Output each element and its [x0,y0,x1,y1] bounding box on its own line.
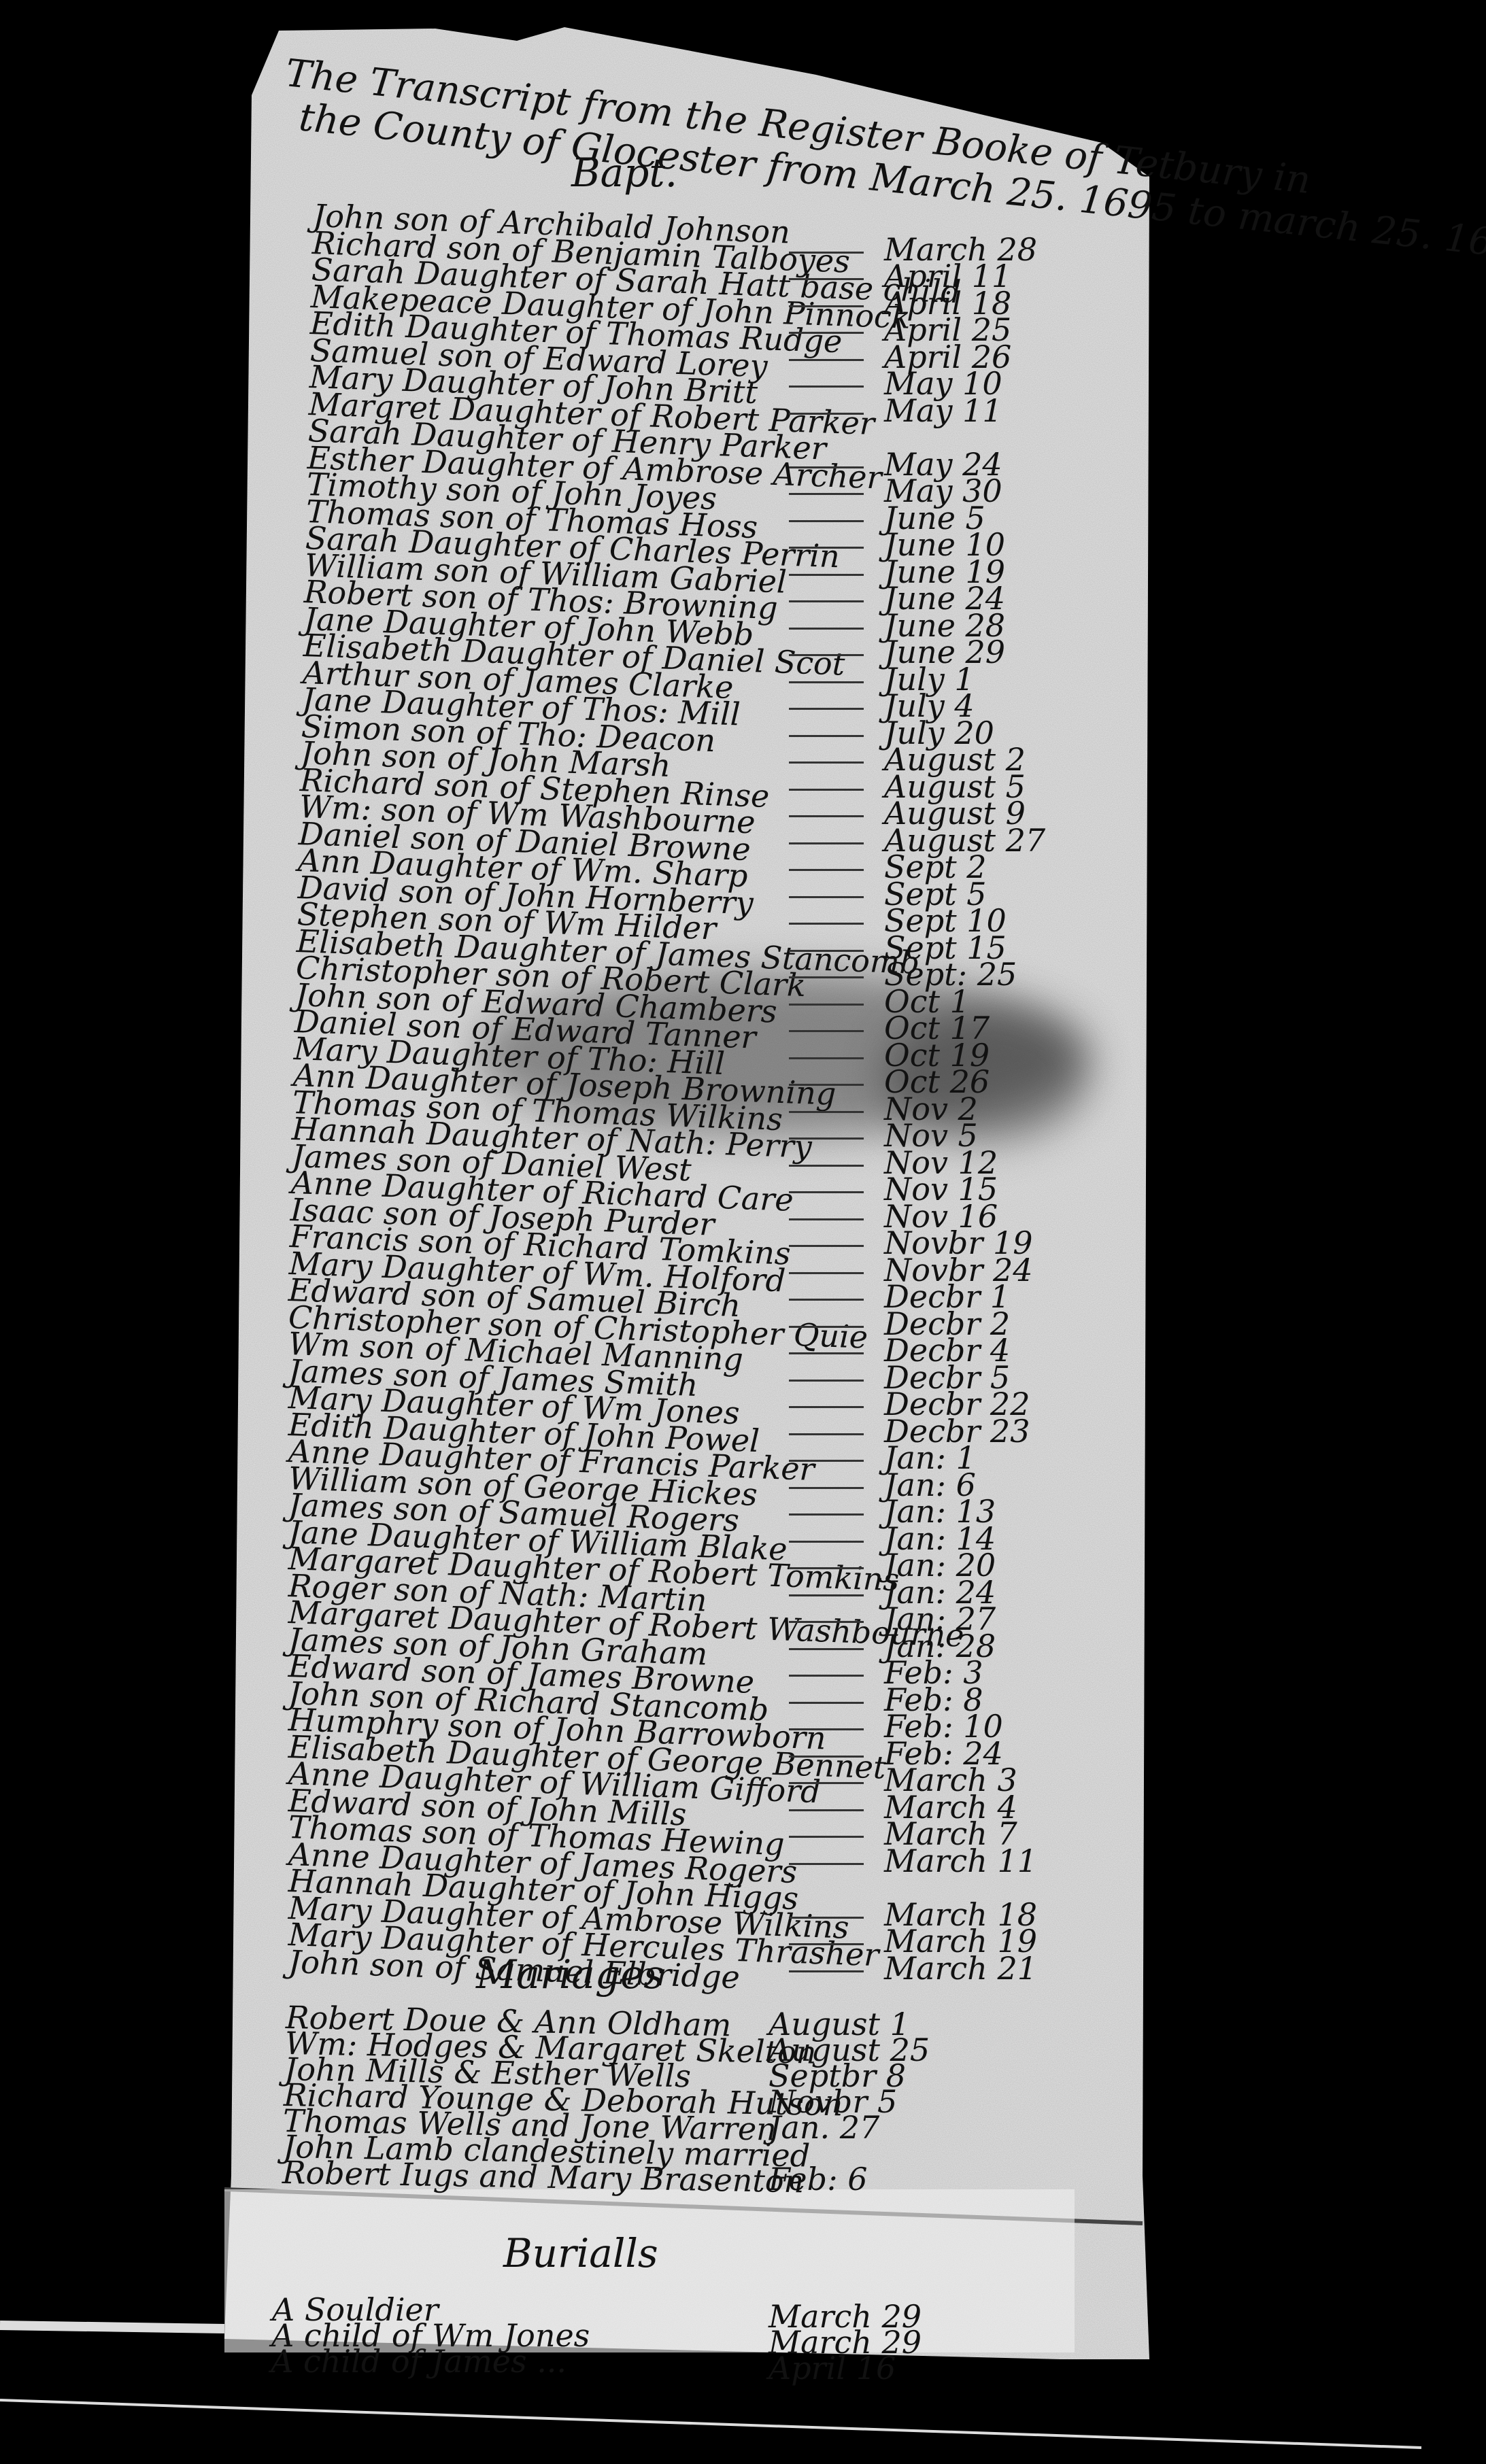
leader-line [789,1165,864,1167]
leader-line [789,386,864,388]
leader-line [789,1756,864,1758]
baptisms-heading: Bapt. [571,150,677,196]
leader-line [789,654,864,656]
leader-line [789,547,864,549]
leader-line [789,1541,864,1543]
leader-line [789,1943,864,1945]
entry-date: May 11 [884,392,1002,429]
leader-line [789,1004,864,1006]
leader-line [789,1111,864,1113]
leader-line [789,1487,864,1489]
entry-date: April 16 [769,2350,896,2386]
leader-line [789,1433,864,1435]
leader-line [789,735,864,737]
leader-line [789,1675,864,1677]
leader-line [789,1137,864,1140]
leader-line [789,413,864,415]
entry-date: Feb: 6 [769,2161,867,2197]
leader-line [789,1299,864,1301]
leader-line [789,1702,864,1704]
leader-line [789,1352,864,1354]
burials-heading: Burialls [503,2230,658,2276]
leader-line [789,950,864,952]
leader-line [789,520,864,522]
leader-line [789,869,864,871]
leader-line [789,493,864,495]
leader-line [789,1594,864,1596]
leader-line [789,923,864,925]
leader-line [789,1191,864,1193]
leader-line [789,466,864,468]
leader-line [789,574,864,576]
leader-line [789,842,864,844]
leader-line [789,1218,864,1220]
leader-line [789,1245,864,1247]
leader-line [789,305,864,307]
leader-line [789,359,864,361]
leader-line [789,252,864,254]
leader-line [789,681,864,683]
leader-line [789,1648,864,1650]
leader-line [789,708,864,710]
leader-line [789,1084,864,1086]
leader-line [789,1863,864,1865]
entry-date: March 11 [884,1843,1037,1879]
scanned-register-page: The Transcript from the Register Booke o… [0,0,1486,2464]
entry-name: A child of James ... [271,2343,567,2380]
leader-line [789,278,864,280]
leader-line [789,1030,864,1032]
leader-line [789,1809,864,1811]
leader-line [789,1460,864,1462]
leader-line [789,1057,864,1059]
entry-date: March 21 [884,1950,1037,1987]
marriages-heading: Mariages [476,1951,664,1998]
leader-line [789,762,864,764]
leader-line [789,1782,864,1784]
leader-line [789,628,864,630]
leader-line [789,1970,864,1972]
leader-line [789,815,864,817]
leader-line [789,1326,864,1328]
leader-line [789,1917,864,1919]
leader-line [789,1621,864,1623]
leader-line [789,1406,864,1408]
leader-line [789,896,864,898]
leader-line [789,1272,864,1274]
leader-line [789,1513,864,1516]
leader-line [789,600,864,602]
leader-line [789,332,864,334]
leader-line [789,1567,864,1569]
leader-line [789,1380,864,1382]
leader-line [789,1728,864,1730]
leader-line [789,789,864,791]
leader-line [789,976,864,978]
leader-line [789,1836,864,1838]
